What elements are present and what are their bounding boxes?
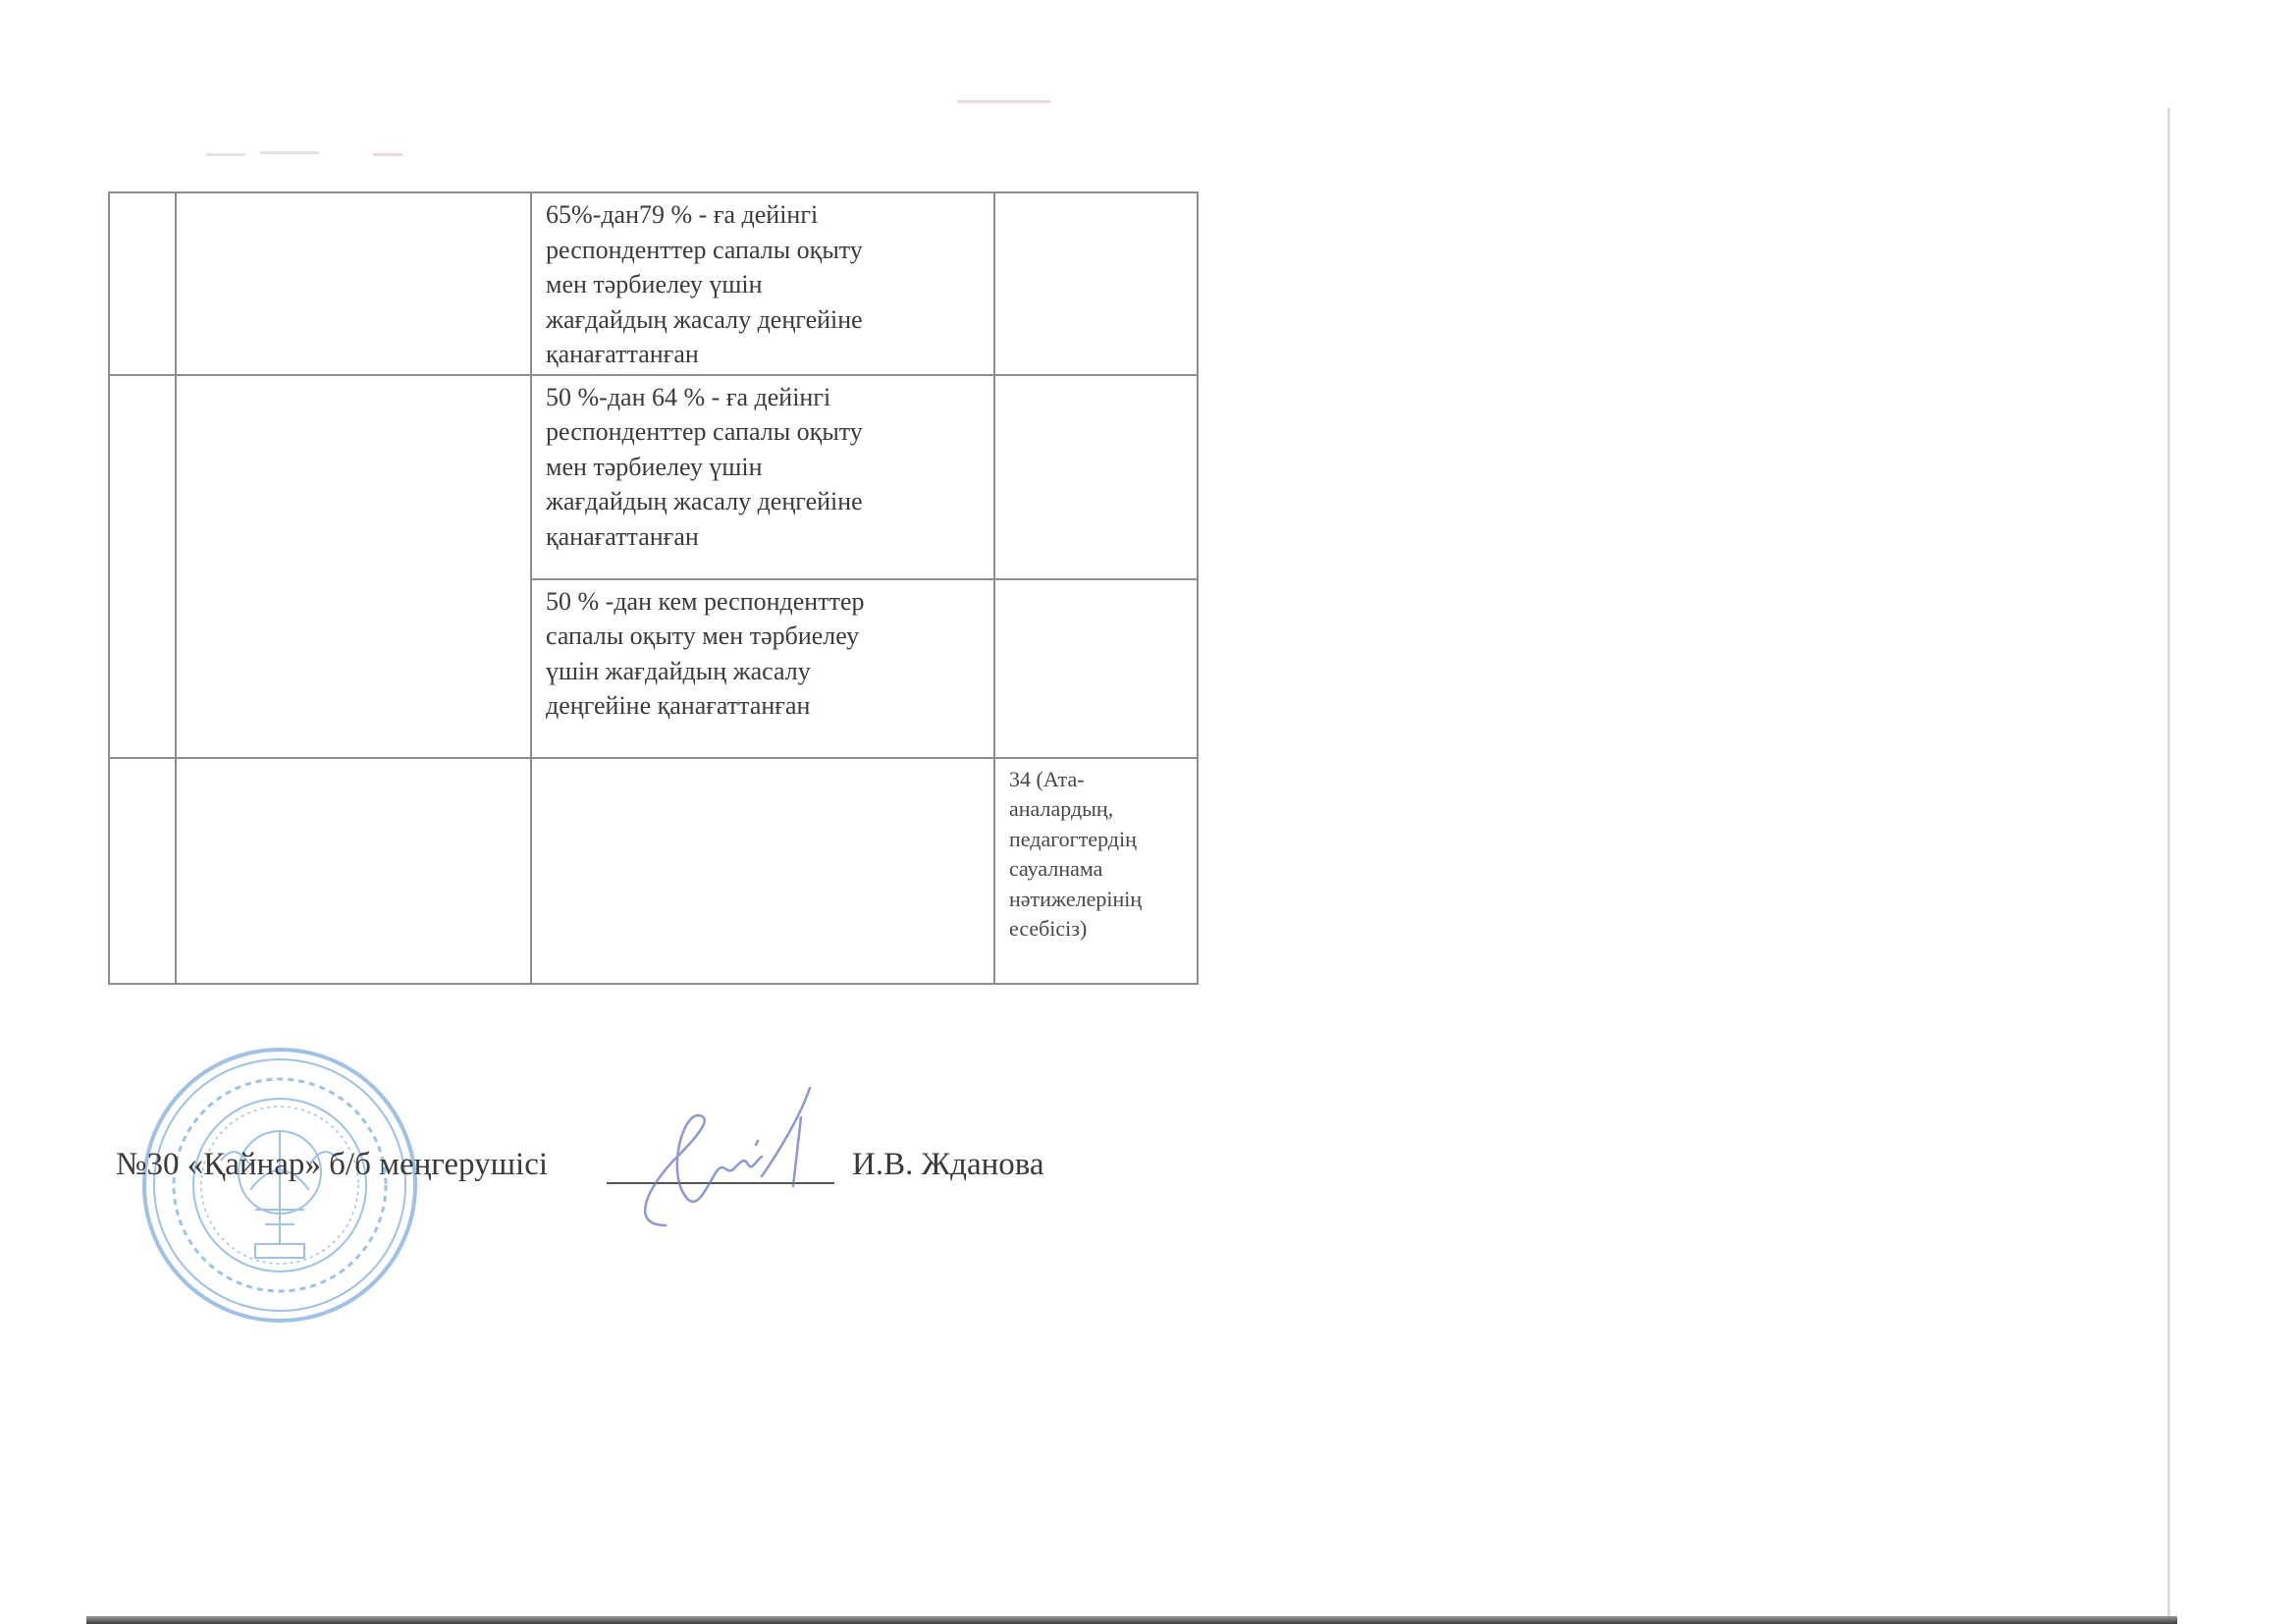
signature-role-text: №30 «Қайнар» б/б меңгерушісі (116, 1147, 548, 1183)
cell-criterion (531, 758, 994, 984)
page-edge-right (2167, 108, 2170, 1620)
cell-number (109, 375, 176, 579)
cell-score: 34 (Ата-аналардың, педагогтердің сауална… (994, 758, 1198, 984)
cell-score (994, 192, 1198, 375)
criterion-text: 65%-дан79 % - ға дейінгі респонденттер с… (532, 193, 880, 374)
score-text: 34 (Ата-аналардың, педагогтердің сауална… (995, 759, 1197, 945)
score-text (995, 376, 1197, 382)
cell-indicator (176, 758, 531, 984)
cell-number (109, 758, 176, 984)
handwritten-signature-icon (609, 1078, 844, 1235)
page-edge-bottom (86, 1616, 2177, 1624)
cell-number (109, 192, 176, 375)
official-stamp-icon (137, 1043, 422, 1327)
scan-artifact (373, 153, 402, 156)
signer-name: И.В. Жданова (852, 1147, 1044, 1183)
table-row: 65%-дан79 % - ға дейінгі респонденттер с… (109, 192, 1198, 375)
signature-role: №30 «Қайнар» б/б меңгерушісі (116, 1147, 548, 1183)
criteria-table: 65%-дан79 % - ға дейінгі респонденттер с… (108, 191, 1199, 985)
criterion-text (532, 759, 880, 765)
cell-indicator (176, 579, 531, 758)
score-text (995, 580, 1197, 586)
score-text (995, 193, 1197, 199)
cell-score (994, 375, 1198, 579)
cell-criterion: 50 % -дан кем респонденттер сапалы оқыту… (531, 579, 994, 758)
scan-artifact (206, 153, 245, 156)
table-row: 34 (Ата-аналардың, педагогтердің сауална… (109, 758, 1198, 984)
cell-criterion: 50 %-дан 64 % - ға дейінгі респонденттер… (531, 375, 994, 579)
scan-artifact (260, 151, 319, 154)
cell-indicator (176, 192, 531, 375)
cell-score (994, 579, 1198, 758)
table-row: 50 %-дан 64 % - ға дейінгі респонденттер… (109, 375, 1198, 579)
criterion-text: 50 % -дан кем респонденттер сапалы оқыту… (532, 580, 880, 726)
scan-artifact (957, 100, 1050, 103)
cell-number (109, 579, 176, 758)
cell-criterion: 65%-дан79 % - ға дейінгі респонденттер с… (531, 192, 994, 375)
table-row: 50 % -дан кем респонденттер сапалы оқыту… (109, 579, 1198, 758)
criterion-text: 50 %-дан 64 % - ға дейінгі респонденттер… (532, 376, 880, 557)
cell-indicator (176, 375, 531, 579)
